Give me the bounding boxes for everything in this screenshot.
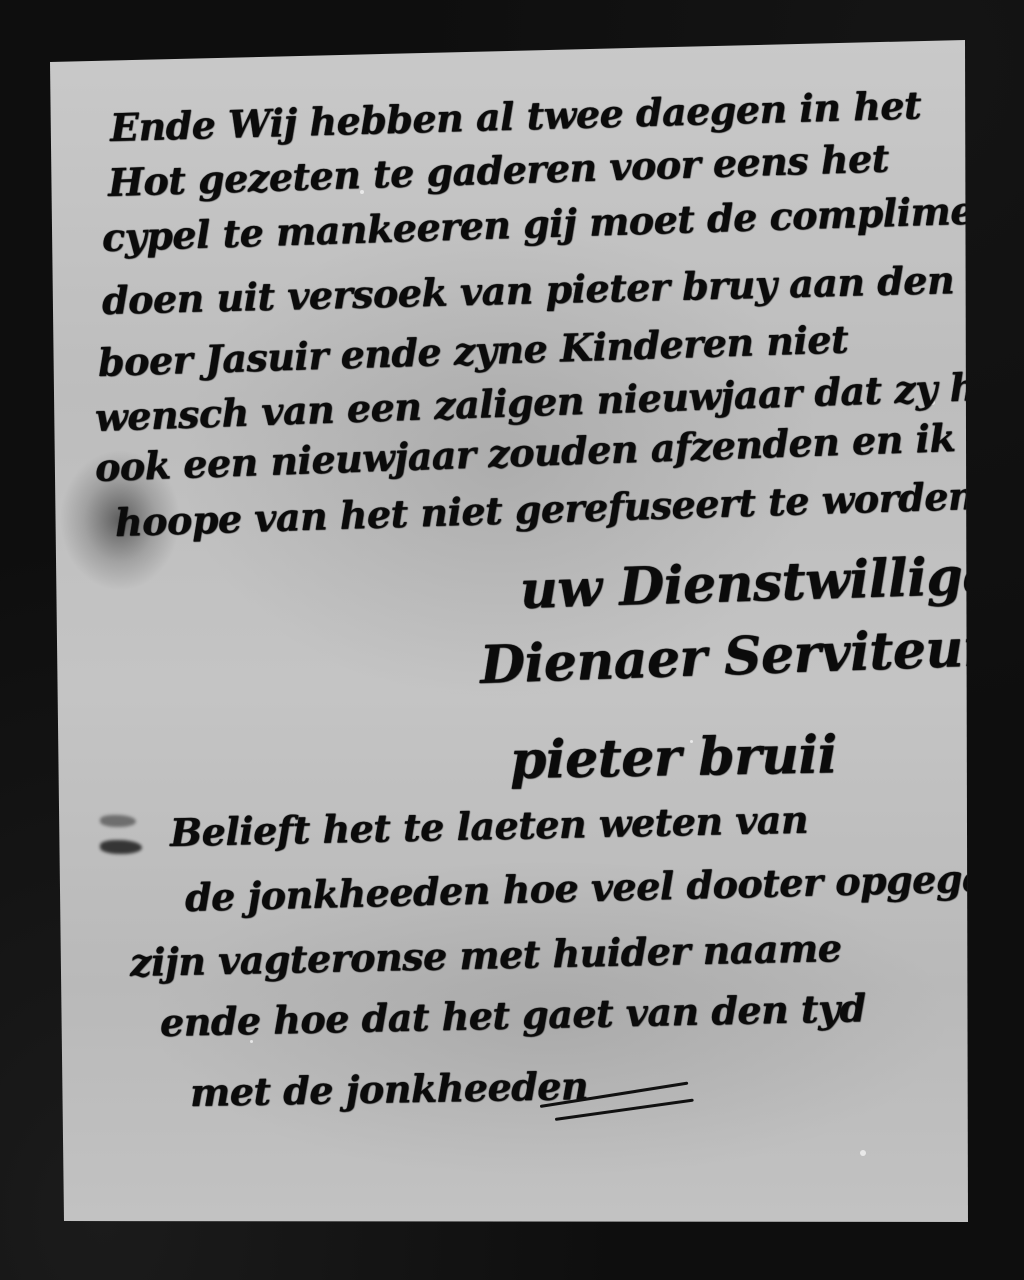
postscript-line-4: ende hoe dat het gaet van den tyd: [160, 985, 867, 1045]
paper-speck: [860, 1150, 866, 1156]
closing-line-1: uw Dienstwilligen: [519, 544, 1024, 621]
ink-smudge: [100, 815, 136, 827]
postscript-line-2: de jonkheeden hoe veel dooter opgegeven: [184, 854, 1024, 920]
ink-smudge: [100, 840, 142, 854]
postscript-line-1: Belieft het te laeten weten van: [170, 797, 809, 855]
postscript-line-3: zijn vagteronse met huider naame: [130, 925, 842, 985]
postscript-line-5: met de jonkheeden: [190, 1063, 589, 1115]
letter-line-4: doen uit versoek van pieter bruy aan den: [101, 257, 954, 323]
closing-line-2: Dienaer Serviteur: [479, 617, 991, 696]
letter-page: Ende Wij hebben al twee daegen in het Ho…: [50, 40, 968, 1222]
signature-name: pieter bruii: [509, 724, 837, 791]
